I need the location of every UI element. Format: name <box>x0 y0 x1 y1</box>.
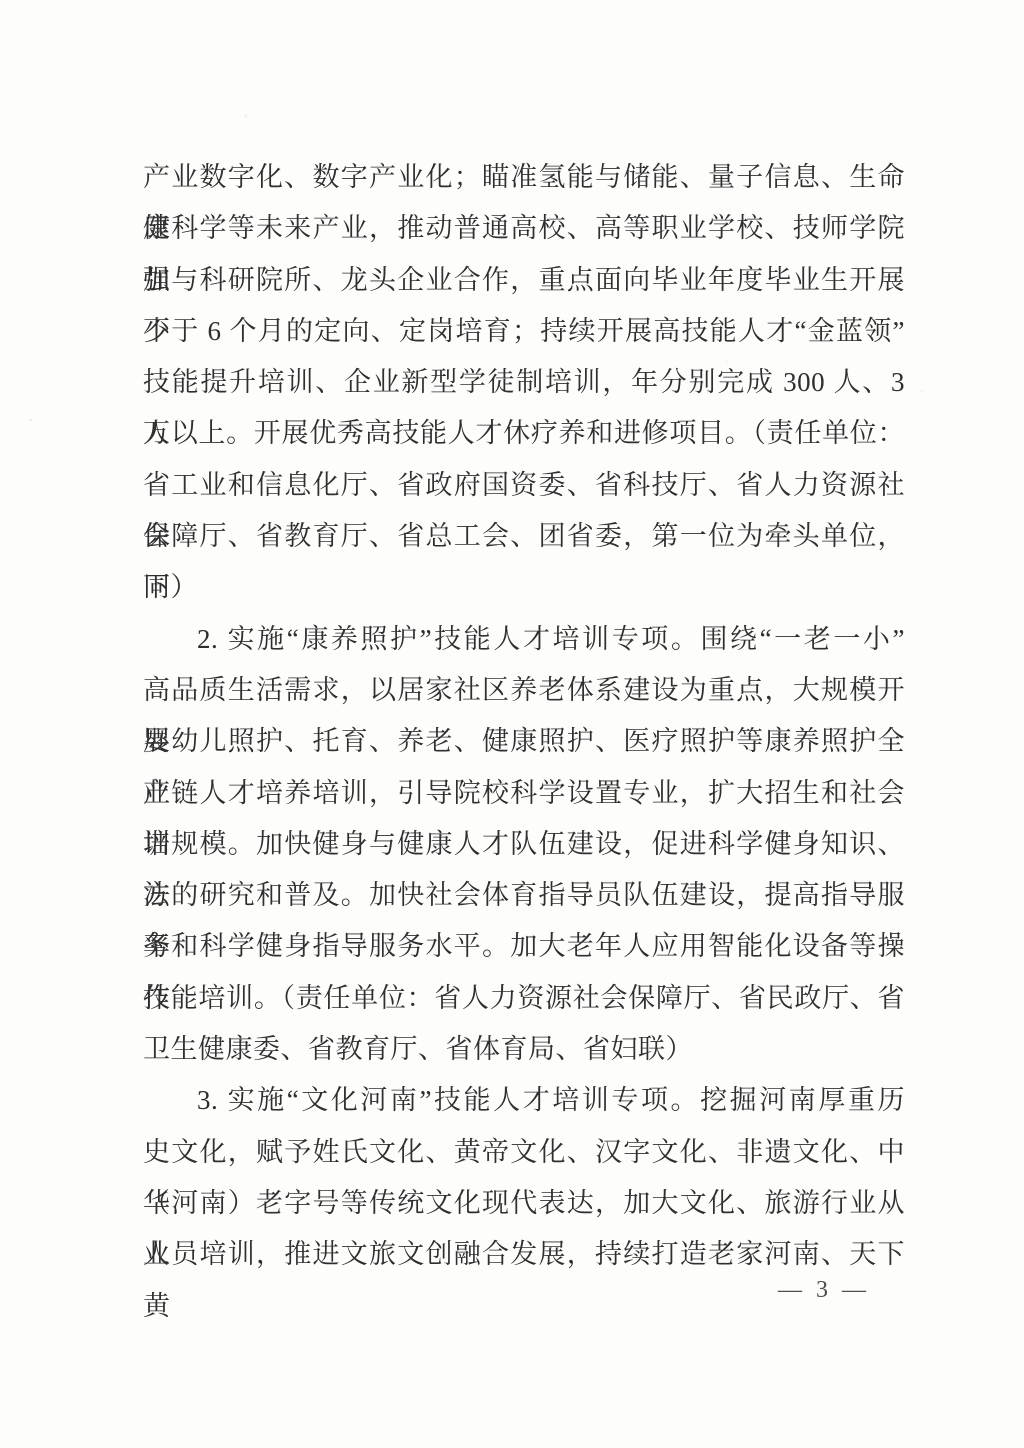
document-page: 产业数字化、数字产业化；瞄准氢能与储能、量子信息、生命健康科学等未来产业，推动普… <box>0 0 1024 1448</box>
text-line: 史文化，赋予姓氏文化、黄帝文化、汉字文化、非遗文化、中华 <box>143 1127 905 1178</box>
text-line: 技能提升培训、企业新型学徒制培训，年分别完成 300 人、3 万 <box>143 357 905 408</box>
text-line: 人员培训，推进文旅文创融合发展，持续打造老家河南、天下黄 <box>143 1229 905 1280</box>
text-line: 法的研究和普及。加快社会体育指导员队伍建设，提高指导服务 <box>143 870 905 921</box>
text-line: 保障厅、省教育厅、省总工会、团省委，第一位为牵头单位，下 <box>143 511 905 562</box>
text-line: 婴幼儿照护、托育、养老、健康照护、医疗照护等康养照护全产 <box>143 716 905 767</box>
text-line: 2. 实施“康养照护”技能人才培训专项。围绕“一老一小” <box>143 614 905 665</box>
text-line: 卫生健康委、省教育厅、省体育局、省妇联） <box>143 1024 905 1075</box>
text-line: （河南）老字号等传统文化现代表达，加大文化、旅游行业从业 <box>143 1178 905 1229</box>
text-line: 康科学等未来产业，推动普通高校、高等职业学校、技师学院加 <box>143 203 905 254</box>
text-line: 率和科学健身指导服务水平。加大老年人应用智能化设备等操作 <box>143 921 905 972</box>
text-line: 3. 实施“文化河南”技能人才培训专项。挖掘河南厚重历 <box>143 1075 905 1126</box>
text-line: 人以上。开展优秀高技能人才休疗养和进修项目。（责任单位： <box>143 408 905 459</box>
text-line: 产业数字化、数字产业化；瞄准氢能与储能、量子信息、生命健 <box>143 152 905 203</box>
text-line: 省工业和信息化厅、省政府国资委、省科技厅、省人力资源社会 <box>143 460 905 511</box>
text-line: 业链人才培养培训，引导院校科学设置专业，扩大招生和社会培 <box>143 768 905 819</box>
text-line: 训规模。加快健身与健康人才队伍建设，促进科学健身知识、方 <box>143 819 905 870</box>
text-line: 同） <box>143 562 905 613</box>
text-line: 少于 6 个月的定向、定岗培育；持续开展高技能人才“金蓝领” <box>143 306 905 357</box>
document-body: 产业数字化、数字产业化；瞄准氢能与储能、量子信息、生命健康科学等未来产业，推动普… <box>143 152 905 1281</box>
page-number: — 3 — <box>778 1276 870 1304</box>
text-line: 高品质生活需求，以居家社区养老体系建设为重点，大规模开展 <box>143 665 905 716</box>
text-line: 技能培训。（责任单位：省人力资源社会保障厅、省民政厅、省 <box>143 973 905 1024</box>
text-line: 强与科研院所、龙头企业合作，重点面向毕业年度毕业生开展不 <box>143 255 905 306</box>
